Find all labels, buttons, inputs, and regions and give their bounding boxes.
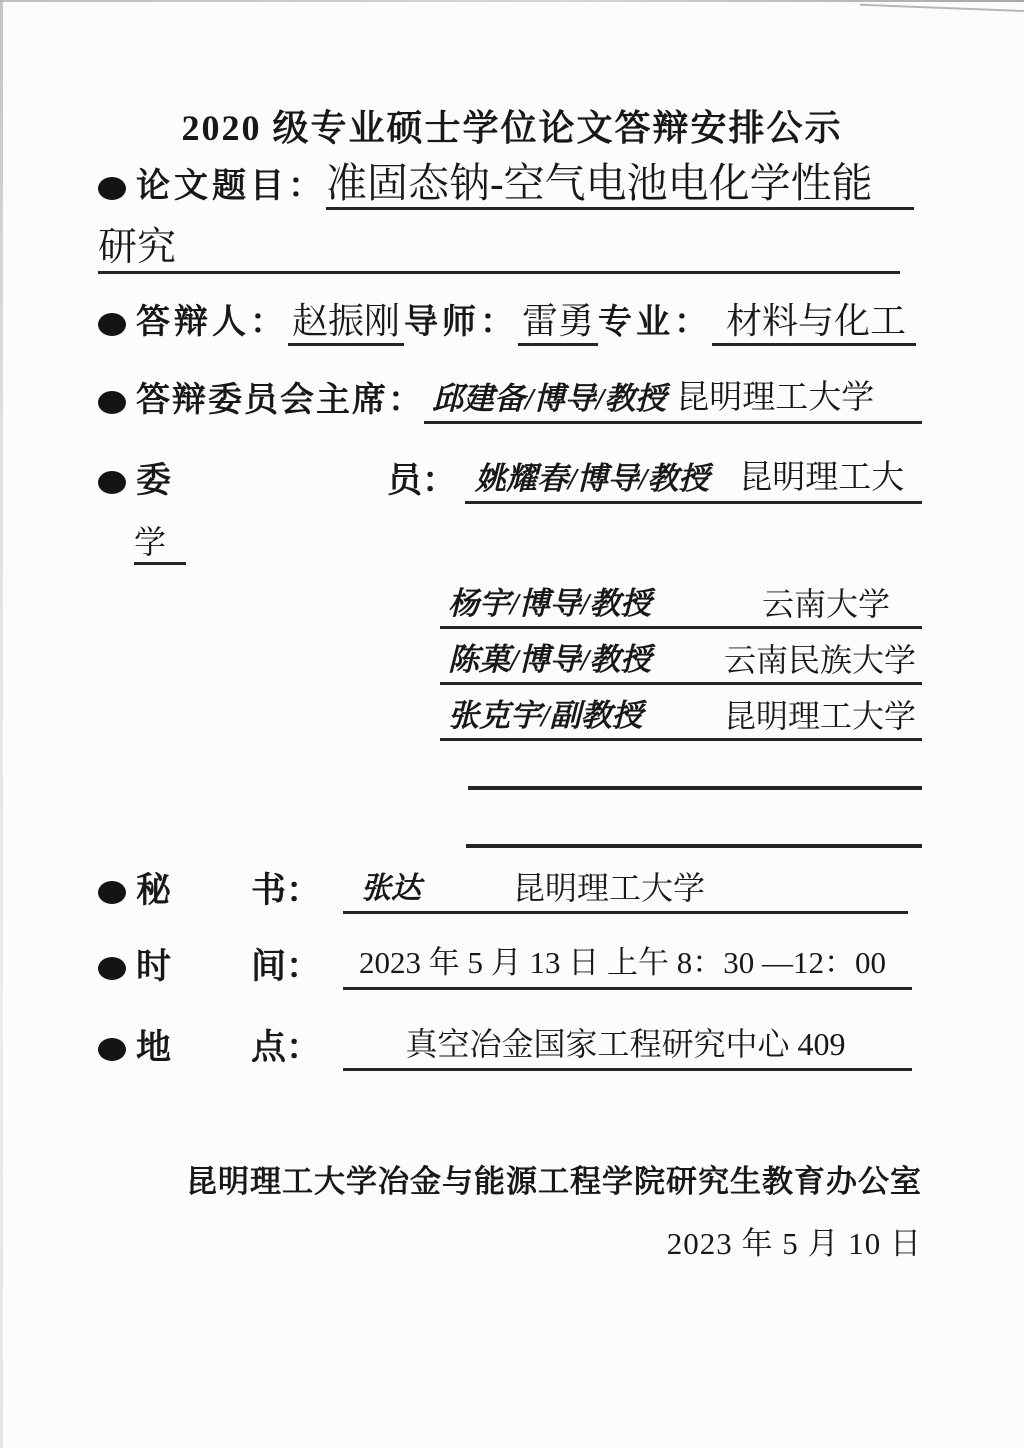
secretary-name: 张达 — [361, 869, 421, 908]
bullet-icon — [98, 471, 126, 494]
thesis-title-value-wrap: 研究 — [98, 226, 176, 271]
committee-chair-value: 邱建备/博导/教授 昆明理工大学 — [424, 378, 922, 424]
location-label: 地 点： — [136, 1028, 321, 1071]
member-3-row: 陈菓/博导/教授 云南民族大学 — [440, 640, 922, 685]
secretary-label: 秘 书： — [136, 871, 321, 914]
scan-top-edge — [0, 0, 1024, 2]
time-label: 时 间： — [136, 947, 321, 990]
major-value: 材料与化工 — [712, 300, 916, 346]
member-3-name: 陈菓/博导/教授 — [448, 640, 651, 680]
bullet-icon — [98, 957, 126, 980]
committee-chair-label: 答辩委员会主席： — [136, 381, 424, 424]
members-label: 委 员： — [136, 461, 457, 504]
secretary-row: 秘 书： 张达 昆明理工大学 — [98, 868, 908, 914]
location-row: 地 点： 真空冶金国家工程研究中心 409 — [98, 1024, 912, 1071]
member-3-affiliation: 云南民族大学 — [724, 640, 916, 680]
location-label-char1: 地 — [136, 1028, 171, 1068]
member-2-affiliation: 云南大学 — [762, 584, 916, 624]
bullet-icon — [98, 313, 126, 336]
scan-left-edge — [0, 0, 3, 1448]
time-row: 时 间： 2023 年 5 月 13 日 上午 8：30 —12：00 — [98, 944, 912, 990]
footer-date: 2023 年 5 月 10 日 — [120, 1218, 922, 1263]
member-4-name: 张克宇/副教授 — [448, 696, 643, 736]
time-label-char2: 间： — [251, 947, 321, 987]
location-value: 真空冶金国家工程研究中心 409 — [343, 1024, 912, 1071]
empty-member-line-2 — [466, 844, 922, 848]
member-2-name: 杨宇/博导/教授 — [448, 584, 651, 624]
member-4-row: 张克宇/副教授 昆明理工大学 — [440, 696, 922, 741]
footer-office: 昆明理工大学冶金与能源工程学院研究生教育办公室 — [120, 1156, 922, 1201]
page-title: 2020 级专业硕士学位论文答辩安排公示 — [0, 100, 1024, 151]
time-label-char1: 时 — [136, 947, 171, 987]
defender-label: 答辩人： — [136, 303, 288, 346]
location-label-char2: 点： — [251, 1028, 321, 1068]
member-2-row: 杨宇/博导/教授 云南大学 — [440, 584, 922, 629]
members-label-char1: 委 — [136, 461, 171, 501]
committee-chair-row: 答辩委员会主席： 邱建备/博导/教授 昆明理工大学 — [98, 378, 922, 424]
scanned-document-page: 2020 级专业硕士学位论文答辩安排公示 论文题目： 准固态钠-空气电池电化学性… — [0, 0, 1024, 1448]
supervisor-label: 导师： — [404, 303, 518, 346]
scan-top-right-edge — [860, 4, 1024, 13]
defender-value: 赵振刚 — [288, 300, 404, 346]
chair-affiliation: 昆明理工大学 — [676, 378, 874, 419]
member-1-affiliation-wrap-line: 学 — [134, 522, 186, 565]
bullet-icon — [98, 1038, 126, 1061]
secretary-label-char1: 秘 — [136, 871, 171, 911]
members-label-char2: 员： — [387, 461, 457, 501]
member-1-value: 姚耀春/博导/教授 昆明理工大 — [465, 458, 922, 504]
member-1-affiliation-wrap: 学 — [134, 522, 166, 562]
major-label: 专业： — [598, 303, 712, 346]
secretary-label-char2: 书： — [251, 871, 321, 911]
defender-row: 答辩人： 赵振刚 导师： 雷勇 专业： 材料与化工 — [98, 300, 916, 346]
secretary-value: 张达 昆明理工大学 — [343, 868, 908, 914]
bullet-icon — [98, 881, 126, 904]
member-4-affiliation: 昆明理工大学 — [724, 696, 916, 736]
chair-name: 邱建备/博导/教授 — [432, 379, 666, 419]
bullet-icon — [98, 177, 126, 200]
thesis-title-value: 准固态钠-空气电池电化学性能 — [326, 160, 914, 210]
thesis-title-row: 论文题目： 准固态钠-空气电池电化学性能 — [98, 160, 914, 210]
empty-member-line-1 — [468, 786, 922, 790]
thesis-title-label: 论文题目： — [136, 167, 326, 210]
bullet-icon — [98, 391, 126, 414]
thesis-title-wrap-line: 研究 — [98, 226, 900, 274]
member-1-affiliation: 昆明理工大 — [739, 458, 904, 499]
time-value: 2023 年 5 月 13 日 上午 8：30 —12：00 — [343, 944, 912, 990]
committee-members-row: 委 员： 姚耀春/博导/教授 昆明理工大 — [98, 458, 922, 504]
secretary-affiliation: 昆明理工大学 — [513, 868, 705, 908]
member-1-name: 姚耀春/博导/教授 — [475, 459, 709, 499]
supervisor-value: 雷勇 — [518, 300, 598, 346]
